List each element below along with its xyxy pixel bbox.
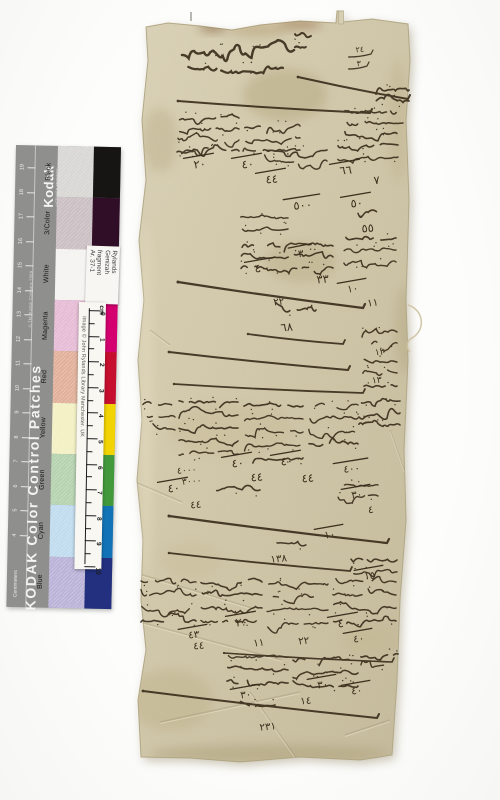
svg-text:١١: ١١ bbox=[253, 637, 265, 650]
svg-text:١٣: ١٣ bbox=[374, 347, 385, 359]
arabic-numeral: ٢٣١ bbox=[259, 720, 277, 733]
arabic-numeral: ٦٨ bbox=[280, 320, 294, 335]
arabic-numeral: ٤٤ bbox=[193, 640, 205, 653]
arabic-numeral: ٤٤ bbox=[301, 471, 315, 486]
svg-text:٤٠: ٤٠ bbox=[254, 261, 268, 276]
svg-text:٣٠٠٠: ٣٠٠٠ bbox=[181, 475, 202, 488]
svg-text:٥٠: ٥٠ bbox=[350, 196, 364, 211]
svg-text:٣٠: ٣٠ bbox=[351, 489, 363, 502]
svg-text:٤٤: ٤٤ bbox=[265, 172, 279, 187]
svg-text:١٣٨: ١٣٨ bbox=[270, 552, 288, 565]
arabic-numeral: ٧ bbox=[373, 173, 380, 187]
svg-text:٤٤: ٤٤ bbox=[301, 471, 315, 486]
svg-text:٤٠: ٤٠ bbox=[353, 633, 365, 646]
arabic-numeral: ٣٠٠٠ bbox=[181, 475, 202, 488]
manuscript-photo: ٢٤٣٢٠٤٠٤٤٦٦٧٥٠٠٥٠٥٥٤٠٣٣٣١٠١١٢٢٦٨١٣١٣٤٠٠٠… bbox=[0, 0, 500, 800]
svg-text:٣٣: ٣٣ bbox=[316, 272, 330, 287]
photo-stage: Kodak LICENSED PRODUCT © TM: Kodak Compa… bbox=[0, 0, 500, 800]
arabic-numeral: ١١ bbox=[253, 637, 265, 650]
svg-text:١٥: ١٥ bbox=[364, 570, 376, 583]
arabic-numeral: ٢٢ bbox=[273, 296, 286, 309]
svg-text:٥٥: ٥٥ bbox=[361, 221, 375, 236]
arabic-numeral: ٤٤ bbox=[250, 470, 264, 485]
arabic-numeral: ٢٤ bbox=[355, 45, 364, 55]
arabic-numeral: ٥٥ bbox=[361, 221, 375, 236]
svg-text:٦٦: ٦٦ bbox=[339, 163, 353, 178]
svg-text:٣٠: ٣٠ bbox=[317, 679, 329, 692]
arabic-numeral: ٤ bbox=[367, 504, 374, 516]
svg-text:٤٤: ٤٤ bbox=[190, 499, 202, 512]
arabic-numeral: ٤٤ bbox=[190, 499, 202, 512]
svg-text:٢٣١: ٢٣١ bbox=[259, 720, 277, 733]
arabic-numeral: ١٤ bbox=[300, 695, 312, 708]
svg-text:٧: ٧ bbox=[373, 173, 380, 187]
svg-text:٣٠: ٣٠ bbox=[240, 689, 252, 702]
svg-text:٤٠٠: ٤٠٠ bbox=[343, 462, 361, 475]
svg-text:٢٢: ٢٢ bbox=[298, 635, 311, 648]
svg-text:٢٠: ٢٠ bbox=[193, 157, 207, 172]
svg-text:٤٠: ٤٠ bbox=[351, 685, 363, 698]
svg-text:٤٠: ٤٠ bbox=[231, 456, 245, 471]
svg-text:٤٠: ٤٠ bbox=[280, 454, 294, 469]
svg-text:٢٠: ٢٠ bbox=[235, 615, 249, 630]
arabic-numeral: ١١ bbox=[367, 297, 379, 310]
svg-text:٦٨: ٦٨ bbox=[280, 320, 294, 335]
svg-text:١٠: ١٠ bbox=[347, 283, 359, 296]
svg-text:٤٤: ٤٤ bbox=[250, 470, 264, 485]
svg-text:١٠: ١٠ bbox=[324, 529, 336, 542]
svg-text:٥٠٠: ٥٠٠ bbox=[293, 197, 313, 213]
svg-text:١٣: ١٣ bbox=[371, 375, 382, 387]
arabic-numeral: ٢٢ bbox=[298, 635, 311, 648]
arabic-numeral: ١٣٨ bbox=[270, 552, 288, 565]
svg-text:٢٢: ٢٢ bbox=[273, 296, 286, 309]
arabic-numeral: ١٣ bbox=[374, 347, 385, 359]
svg-text:٤٠: ٤٠ bbox=[337, 616, 351, 631]
svg-text:٢٤: ٢٤ bbox=[355, 45, 364, 55]
svg-text:٤٠: ٤٠ bbox=[241, 157, 255, 172]
svg-text:٤: ٤ bbox=[367, 504, 374, 516]
svg-text:٤٠: ٤٠ bbox=[167, 481, 181, 496]
arabic-numeral: ٣٣ bbox=[316, 272, 330, 287]
svg-text:١٤: ١٤ bbox=[300, 695, 312, 708]
svg-text:١١: ١١ bbox=[367, 297, 379, 310]
arabic-numeral: ١٣ bbox=[371, 375, 382, 387]
svg-text:٤٤: ٤٤ bbox=[193, 640, 205, 653]
